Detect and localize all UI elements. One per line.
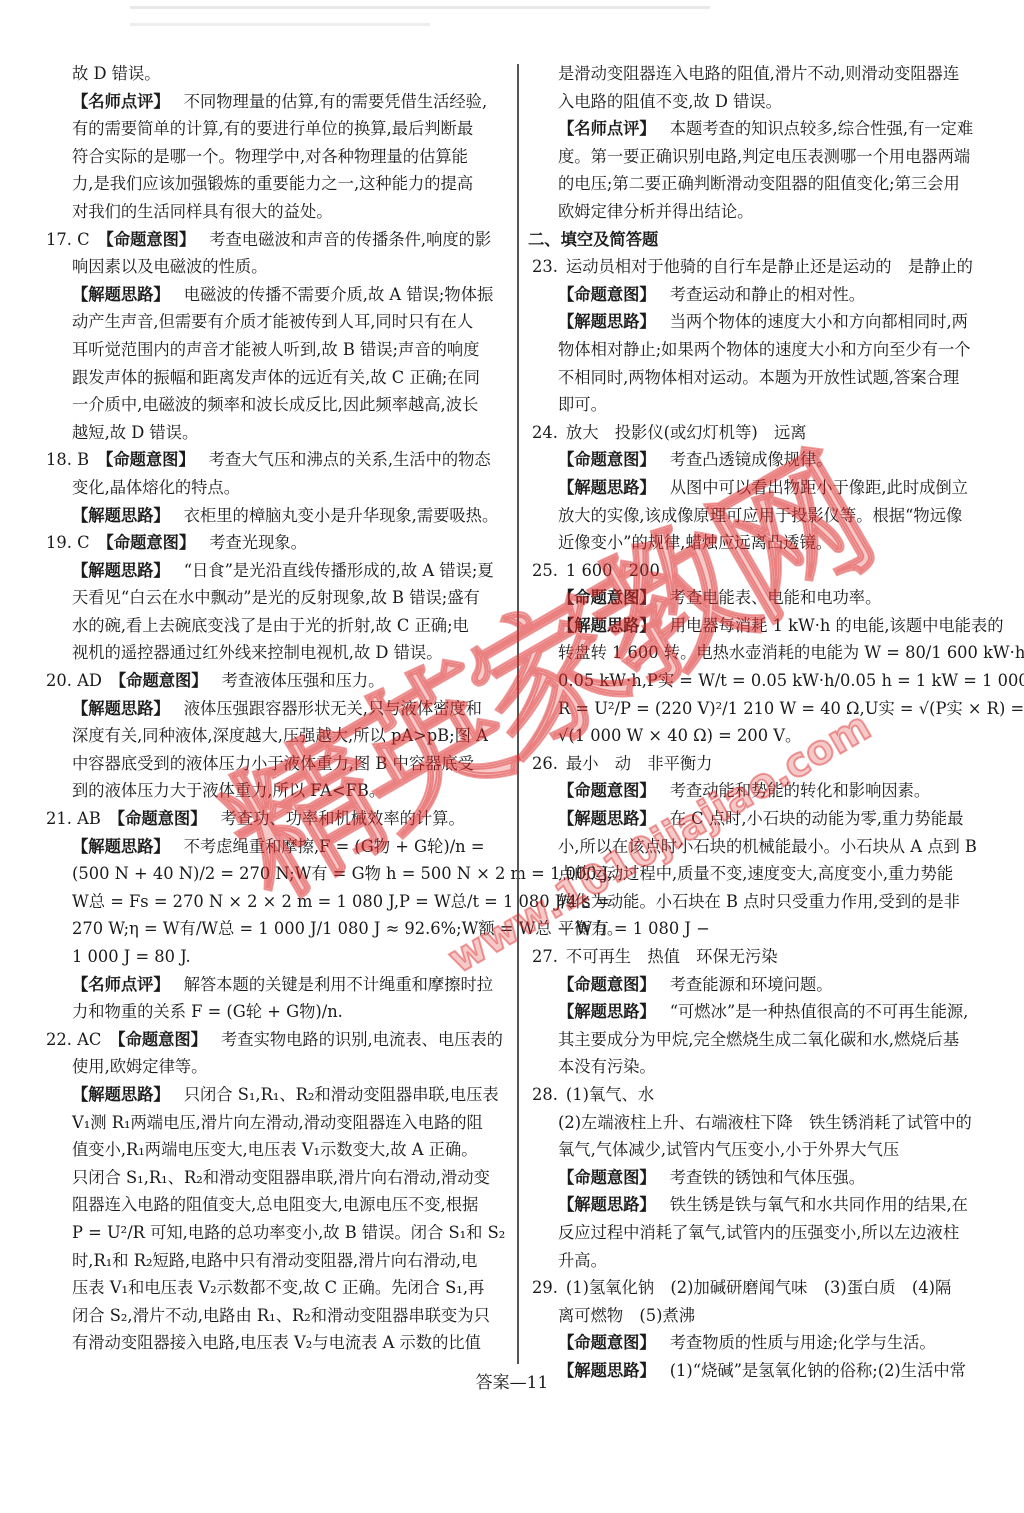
line-text: 一介质中,电磁波的频率和波长成反比,因此频率越高,波长 <box>72 395 478 414</box>
text-line: 对我们的生活同样具有很大的益处。 <box>42 198 512 226</box>
bracket-tag: 【解题思路】 <box>558 312 656 331</box>
text-line: 29.(1)氢氧化钠 (2)加碱研磨闻气味 (3)蛋白质 (4)隔 <box>528 1274 996 1302</box>
text-line: 【命题意图】考查能源和环境问题。 <box>528 971 996 999</box>
line-text: 动产生声音,但需要有介质才能被传到人耳,同时只有在人 <box>72 312 473 331</box>
line-text: 考查光现象。 <box>209 533 307 552</box>
text-line: W总 = Fs = 270 N × 2 × 2 m = 1 080 J,P = … <box>42 888 512 916</box>
line-text: 铁生锈是铁与氧气和水共同作用的结果,在 <box>670 1195 968 1214</box>
line-text: 变化,晶体熔化的特点。 <box>72 478 240 497</box>
text-line: 1 000 J = 80 J. <box>42 943 512 971</box>
line-text: 考查运动和静止的相对性。 <box>670 285 865 304</box>
bracket-tag: 【命题意图】 <box>558 285 656 304</box>
line-text: 升高。 <box>558 1251 607 1270</box>
text-line: 【名师点评】解答本题的关键是利用不计绳重和摩擦时拉 <box>42 971 512 999</box>
text-line: 只闭合 S₁,R₁、R₂和滑动变阻器串联,滑片向右滑动,滑动变 <box>42 1164 512 1192</box>
line-text: 阻器连入电路的阻值变大,总电阻变大,电源电压不变,根据 <box>72 1195 478 1214</box>
text-line: (500 N + 40 N)/2 = 270 N;W有 = G物 h = 500… <box>42 860 512 888</box>
bracket-tag: 【解题思路】 <box>558 1195 656 1214</box>
line-text: 水的碗,看上去碗底变浅了是由于光的折射,故 C 正确;电 <box>72 616 469 635</box>
line-text: V₁测 R₁两端电压,滑片向左滑动,滑动变阻器连入电路的阻 <box>72 1113 483 1132</box>
question-number: 24. <box>532 423 558 442</box>
line-text: 点的运动过程中,质量不变,速度变大,高度变小,重力势能 <box>558 864 953 883</box>
text-line: 【命题意图】考查铁的锈蚀和气体压强。 <box>528 1164 996 1192</box>
line-text: 力和物重的关系 F = (G轮 + G物)/n. <box>72 1002 343 1021</box>
bracket-tag: 【命题意图】 <box>98 230 196 249</box>
line-text: 0.05 kW·h,P实 = W/t = 0.05 kW·h/0.05 h = … <box>558 671 1024 690</box>
line-text: 平衡力。 <box>558 919 623 938</box>
bracket-tag: 【命题意图】 <box>97 450 195 469</box>
text-line: 【解题思路】铁生锈是铁与氧气和水共同作用的结果,在 <box>528 1191 996 1219</box>
text-line: 不相同时,两物体相对运动。本题为开放性试题,答案合理 <box>528 364 996 392</box>
right-column: 是滑动变阻器连入电路的阻值,滑片不动,则滑动变阻器连入电路的阻值不变,故 D 错… <box>528 60 996 1385</box>
text-line: 【命题意图】考查物质的性质与用途;化学与生活。 <box>528 1329 996 1357</box>
bracket-tag: 【解题思路】 <box>558 478 656 497</box>
line-text: 考查电能表、电能和电功率。 <box>670 588 882 607</box>
text-line: 欧姆定律分析并得出结论。 <box>528 198 996 226</box>
column-divider <box>517 64 519 1364</box>
text-line: 其主要成分为甲烷,完全燃烧生成二氧化碳和水,燃烧后基 <box>528 1026 996 1054</box>
text-line: 值变小,R₁两端电压变大,电压表 V₁示数变大,故 A 正确。 <box>42 1136 512 1164</box>
section-heading: 二、填空及简答题 <box>528 226 996 254</box>
text-line: 越短,故 D 错误。 <box>42 419 512 447</box>
text-line: 闭合 S₂,滑片不动,电路由 R₁、R₂和滑动变阻器串联变为只 <box>42 1302 512 1330</box>
line-text: 考查铁的锈蚀和气体压强。 <box>670 1168 865 1187</box>
line-text: 使用,欧姆定律等。 <box>72 1057 207 1076</box>
text-line: 转化为动能。小石块在 B 点时只受重力作用,受到的是非 <box>528 888 996 916</box>
text-line: 水的碗,看上去碗底变浅了是由于光的折射,故 C 正确;电 <box>42 612 512 640</box>
bracket-tag: 【名师点评】 <box>72 92 170 111</box>
text-line: 17. C【命题意图】考查电磁波和声音的传播条件,响度的影 <box>42 226 512 254</box>
line-text: 的电压;第二要正确判断滑动变阻器的阻值变化;第三会用 <box>558 174 960 193</box>
text-line: 响因素以及电磁波的性质。 <box>42 253 512 281</box>
text-line: 【名师点评】不同物理量的估算,有的需要凭借生活经验, <box>42 88 512 116</box>
text-line: 度。第一要正确识别电路,判定电压表测哪一个用电器两端 <box>528 143 996 171</box>
text-line: 270 W;η = W有/W总 = 1 000 J/1 080 J ≈ 92.6… <box>42 915 512 943</box>
line-text: 入电路的阻值不变,故 D 错误。 <box>558 92 782 111</box>
line-text: 电磁波的传播不需要介质,故 A 错误;物体振 <box>184 285 494 304</box>
question-number: 18. B <box>46 450 89 469</box>
text-line: 深度有关,同种液体,深度越大,压强越大,所以 pA>pB;图 A <box>42 722 512 750</box>
line-text: 转化为动能。小石块在 B 点时只受重力作用,受到的是非 <box>558 892 960 911</box>
line-text: 在 C 点时,小石块的动能为零,重力势能最 <box>670 809 964 828</box>
line-text: 越短,故 D 错误。 <box>72 423 198 442</box>
line-text: 故 D 错误。 <box>72 64 161 83</box>
text-line: 近像变小”的规律,蜡烛应远离凸透镜。 <box>528 529 996 557</box>
line-text: 本没有污染。 <box>558 1057 656 1076</box>
line-text: 本题考查的知识点较多,综合性强,有一定难 <box>670 119 973 138</box>
question-number: 20. AD <box>46 671 102 690</box>
text-line: 【解题思路】从图中可以看出物距小于像距,此时成倒立 <box>528 474 996 502</box>
bracket-tag: 【命题意图】 <box>109 1030 207 1049</box>
line-text: 衣柜里的樟脑丸变小是升华现象,需要吸热。 <box>184 506 499 525</box>
line-text: 考查凸透镜成像规律。 <box>670 450 833 469</box>
text-line: 本没有污染。 <box>528 1053 996 1081</box>
line-text: 不可再生 热值 环保无污染 <box>566 947 778 966</box>
text-line: 跟发声体的振幅和距离发声体的远近有关,故 C 正确;在同 <box>42 364 512 392</box>
text-line: 一介质中,电磁波的频率和波长成反比,因此频率越高,波长 <box>42 391 512 419</box>
line-text: “可燃冰”是一种热值很高的不可再生能源, <box>670 1002 969 1021</box>
page-footer: 答案—11 <box>0 1368 1024 1393</box>
line-text: 只闭合 S₁,R₁、R₂和滑动变阻器串联,滑片向右滑动,滑动变 <box>72 1168 490 1187</box>
text-line: 的电压;第二要正确判断滑动变阻器的阻值变化;第三会用 <box>528 170 996 198</box>
line-text: 用电器每消耗 1 kW·h 的电能,该题中电能表的 <box>670 616 1004 635</box>
line-text: 考查能源和环境问题。 <box>670 975 833 994</box>
line-text: 考查动能和势能的转化和影响因素。 <box>670 781 931 800</box>
text-line: 有滑动变阻器接入电路,电压表 V₂与电流表 A 示数的比值 <box>42 1329 512 1357</box>
line-text: 度。第一要正确识别电路,判定电压表测哪一个用电器两端 <box>558 147 970 166</box>
line-text: 响因素以及电磁波的性质。 <box>72 257 267 276</box>
text-line: 力和物重的关系 F = (G轮 + G物)/n. <box>42 998 512 1026</box>
text-line: 变化,晶体熔化的特点。 <box>42 474 512 502</box>
text-line: 有的需要简单的计算,有的要进行单位的换算,最后判断最 <box>42 115 512 143</box>
text-line: 中容器底受到的液体压力小于液体重力,图 B 中容器底受 <box>42 750 512 778</box>
text-line: 【解题思路】“日食”是光沿直线传播形成的,故 A 错误;夏 <box>42 557 512 585</box>
text-line: 视机的遥控器通过红外线来控制电视机,故 D 错误。 <box>42 639 512 667</box>
line-text: 运动员相对于他骑的自行车是静止还是运动的 是静止的 <box>566 257 973 276</box>
text-line: 23.运动员相对于他骑的自行车是静止还是运动的 是静止的 <box>528 253 996 281</box>
bracket-tag: 【解题思路】 <box>72 285 170 304</box>
line-text: 考查实物电路的识别,电流表、电压表的 <box>221 1030 503 1049</box>
line-text: 物体相对静止;如果两个物体的速度大小和方向至少有一个 <box>558 340 971 359</box>
line-text: 考查电磁波和声音的传播条件,响度的影 <box>209 230 491 249</box>
text-line: 27.不可再生 热值 环保无污染 <box>528 943 996 971</box>
text-line: V₁测 R₁两端电压,滑片向左滑动,滑动变阻器连入电路的阻 <box>42 1109 512 1137</box>
question-number: 17. C <box>46 230 90 249</box>
line-text: 对我们的生活同样具有很大的益处。 <box>72 202 333 221</box>
bracket-tag: 【命题意图】 <box>558 975 656 994</box>
line-text: 不同物理量的估算,有的需要凭借生活经验, <box>184 92 487 111</box>
line-text: 中容器底受到的液体压力小于液体重力,图 B 中容器底受 <box>72 754 474 773</box>
line-text: 视机的遥控器通过红外线来控制电视机,故 D 错误。 <box>72 643 443 662</box>
question-number: 27. <box>532 947 558 966</box>
line-text: 1 600 200 <box>566 561 660 580</box>
line-text: 耳听觉范围内的声音才能被人听到,故 B 错误;声音的响度 <box>72 340 479 359</box>
line-text: 当两个物体的速度大小和方向都相同时,两 <box>670 312 968 331</box>
bracket-tag: 【命题意图】 <box>109 809 207 828</box>
line-text: 二、填空及简答题 <box>528 230 658 249</box>
line-text: 是滑动变阻器连入电路的阻值,滑片不动,则滑动变阻器连 <box>558 64 959 83</box>
line-text: 考查功、功率和机械效率的计算。 <box>221 809 465 828</box>
text-line: 氧气,气体减少,试管内气压变小,小于外界大气压 <box>528 1136 996 1164</box>
question-number: 29. <box>532 1278 558 1297</box>
line-text: 只闭合 S₁,R₁、R₂和滑动变阻器串联,电压表 <box>184 1085 499 1104</box>
text-line: 物体相对静止;如果两个物体的速度大小和方向至少有一个 <box>528 336 996 364</box>
line-text: 即可。 <box>558 395 607 414</box>
text-line: 18. B【命题意图】考查大气压和沸点的关系,生活中的物态 <box>42 446 512 474</box>
line-text: 不相同时,两物体相对运动。本题为开放性试题,答案合理 <box>558 368 959 387</box>
text-line: 阻器连入电路的阻值变大,总电阻变大,电源电压不变,根据 <box>42 1191 512 1219</box>
line-text: 时,R₁和 R₂短路,电路中只有滑动变阻器,滑片向右滑动,电 <box>72 1251 477 1270</box>
text-line: 力,是我们应该加强锻炼的重要能力之一,这种能力的提高 <box>42 170 512 198</box>
line-text: “日食”是光沿直线传播形成的,故 A 错误;夏 <box>184 561 494 580</box>
text-line: 0.05 kW·h,P实 = W/t = 0.05 kW·h/0.05 h = … <box>528 667 996 695</box>
line-text: 考查液体压强和压力。 <box>222 671 385 690</box>
text-line: 时,R₁和 R₂短路,电路中只有滑动变阻器,滑片向右滑动,电 <box>42 1247 512 1275</box>
line-text: R = U²/P = (220 V)²/1 210 W = 40 Ω,U实 = … <box>558 699 1024 718</box>
text-line: 放大的实像,该成像原理可应用于投影仪等。根据“物远像 <box>528 502 996 530</box>
text-line: 【解题思路】电磁波的传播不需要介质,故 A 错误;物体振 <box>42 281 512 309</box>
line-text: 氧气,气体减少,试管内气压变小,小于外界大气压 <box>558 1140 899 1159</box>
line-text: (2)左端液柱上升、右端液柱下降 铁生锈消耗了试管中的 <box>558 1113 972 1132</box>
text-line: 22. AC【命题意图】考查实物电路的识别,电流表、电压表的 <box>42 1026 512 1054</box>
bracket-tag: 【命题意图】 <box>558 1168 656 1187</box>
bracket-tag: 【命题意图】 <box>558 450 656 469</box>
bracket-tag: 【命题意图】 <box>558 1333 656 1352</box>
line-text: 1 000 J = 80 J. <box>72 947 191 966</box>
line-text: 不考虑绳重和摩擦,F = (G物 + G轮)/n = <box>184 837 485 856</box>
line-text: √(1 000 W × 40 Ω) = 200 V。 <box>558 726 801 745</box>
text-line: 【名师点评】本题考查的知识点较多,综合性强,有一定难 <box>528 115 996 143</box>
question-number: 28. <box>532 1085 558 1104</box>
question-number: 19. C <box>46 533 90 552</box>
line-text: 最小 动 非平衡力 <box>566 754 713 773</box>
text-line: 25.1 600 200 <box>528 557 996 585</box>
bracket-tag: 【名师点评】 <box>72 975 170 994</box>
bracket-tag: 【解题思路】 <box>72 506 170 525</box>
text-line: 26.最小 动 非平衡力 <box>528 750 996 778</box>
text-line: 转盘转 1 600 转。电热水壶消耗的电能为 W = 80/1 600 kW·h… <box>528 639 996 667</box>
line-text: 闭合 S₂,滑片不动,电路由 R₁、R₂和滑动变阻器串联变为只 <box>72 1306 490 1325</box>
line-text: 有滑动变阻器接入电路,电压表 V₂与电流表 A 示数的比值 <box>72 1333 481 1352</box>
left-column: 故 D 错误。【名师点评】不同物理量的估算,有的需要凭借生活经验,有的需要简单的… <box>42 60 512 1357</box>
line-text: 液体压强跟容器形状无关,只与液体密度和 <box>184 699 482 718</box>
text-line: 使用,欧姆定律等。 <box>42 1053 512 1081</box>
line-text: 值变小,R₁两端电压变大,电压表 V₁示数变大,故 A 正确。 <box>72 1140 478 1159</box>
bracket-tag: 【命题意图】 <box>558 781 656 800</box>
text-line: P = U²/R 可知,电路的总功率变小,故 B 错误。闭合 S₁和 S₂ <box>42 1219 512 1247</box>
text-line: 【命题意图】考查运动和静止的相对性。 <box>528 281 996 309</box>
text-line: 耳听觉范围内的声音才能被人听到,故 B 错误;声音的响度 <box>42 336 512 364</box>
bracket-tag: 【解题思路】 <box>72 837 170 856</box>
text-line: 到的液体压力大于液体重力,所以 FA<FB。 <box>42 777 512 805</box>
text-line: 【解题思路】不考虑绳重和摩擦,F = (G物 + G轮)/n = <box>42 833 512 861</box>
question-number: 23. <box>532 257 558 276</box>
text-line: 即可。 <box>528 391 996 419</box>
text-line: 21. AB【命题意图】考查功、功率和机械效率的计算。 <box>42 805 512 833</box>
line-text: 放大 投影仪(或幻灯机等) 远离 <box>566 423 807 442</box>
line-text: 符合实际的是哪一个。物理学中,对各种物理量的估算能 <box>72 147 468 166</box>
line-text: 跟发声体的振幅和距离发声体的远近有关,故 C 正确;在同 <box>72 368 480 387</box>
line-text: 深度有关,同种液体,深度越大,压强越大,所以 pA>pB;图 A <box>72 726 488 745</box>
text-line: 动产生声音,但需要有介质才能被传到人耳,同时只有在人 <box>42 308 512 336</box>
text-line: 小,所以在该点时小石块的机械能最小。小石块从 A 点到 B <box>528 833 996 861</box>
question-number: 25. <box>532 561 558 580</box>
text-line: 【解题思路】液体压强跟容器形状无关,只与液体密度和 <box>42 695 512 723</box>
bracket-tag: 【解题思路】 <box>72 561 170 580</box>
text-line: R = U²/P = (220 V)²/1 210 W = 40 Ω,U实 = … <box>528 695 996 723</box>
text-line: 【解题思路】“可燃冰”是一种热值很高的不可再生能源, <box>528 998 996 1026</box>
line-text: 考查大气压和沸点的关系,生活中的物态 <box>209 450 491 469</box>
line-text: 有的需要简单的计算,有的要进行单位的换算,最后判断最 <box>72 119 473 138</box>
bracket-tag: 【解题思路】 <box>558 616 656 635</box>
question-number: 22. AC <box>46 1030 101 1049</box>
line-text: (1)氧气、水 <box>566 1085 654 1104</box>
text-line: 28.(1)氧气、水 <box>528 1081 996 1109</box>
text-line: 【命题意图】考查凸透镜成像规律。 <box>528 446 996 474</box>
bracket-tag: 【解题思路】 <box>72 699 170 718</box>
line-text: 离可燃物 (5)煮沸 <box>558 1306 695 1325</box>
bracket-tag: 【解题思路】 <box>558 1002 656 1021</box>
bracket-tag: 【解题思路】 <box>72 1085 170 1104</box>
text-line: 升高。 <box>528 1247 996 1275</box>
line-text: 小,所以在该点时小石块的机械能最小。小石块从 A 点到 B <box>558 837 977 856</box>
text-line: 反应过程中消耗了氧气,试管内的压强变小,所以左边液柱 <box>528 1219 996 1247</box>
line-text: 考查物质的性质与用途;化学与生活。 <box>670 1333 936 1352</box>
text-line: √(1 000 W × 40 Ω) = 200 V。 <box>528 722 996 750</box>
text-line: 符合实际的是哪一个。物理学中,对各种物理量的估算能 <box>42 143 512 171</box>
line-text: 转盘转 1 600 转。电热水壶消耗的电能为 W = 80/1 600 kW·h… <box>558 643 1024 662</box>
bracket-tag: 【命题意图】 <box>110 671 208 690</box>
text-line: 【命题意图】考查电能表、电能和电功率。 <box>528 584 996 612</box>
text-line: 【解题思路】只闭合 S₁,R₁、R₂和滑动变阻器串联,电压表 <box>42 1081 512 1109</box>
line-text: 近像变小”的规律,蜡烛应远离凸透镜。 <box>558 533 832 552</box>
text-line: 【解题思路】在 C 点时,小石块的动能为零,重力势能最 <box>528 805 996 833</box>
text-line: 24.放大 投影仪(或幻灯机等) 远离 <box>528 419 996 447</box>
text-line: 入电路的阻值不变,故 D 错误。 <box>528 88 996 116</box>
text-line: 天看见“白云在水中飘动”是光的反射现象,故 B 错误;盛有 <box>42 584 512 612</box>
line-text: 天看见“白云在水中飘动”是光的反射现象,故 B 错误;盛有 <box>72 588 480 607</box>
question-number: 26. <box>532 754 558 773</box>
line-text: 放大的实像,该成像原理可应用于投影仪等。根据“物远像 <box>558 506 962 525</box>
text-line: 20. AD【命题意图】考查液体压强和压力。 <box>42 667 512 695</box>
bracket-tag: 【名师点评】 <box>558 119 656 138</box>
line-text: 到的液体压力大于液体重力,所以 FA<FB。 <box>72 781 385 800</box>
text-line: (2)左端液柱上升、右端液柱下降 铁生锈消耗了试管中的 <box>528 1109 996 1137</box>
text-line: 【解题思路】用电器每消耗 1 kW·h 的电能,该题中电能表的 <box>528 612 996 640</box>
text-line: 【解题思路】当两个物体的速度大小和方向都相同时,两 <box>528 308 996 336</box>
line-text: 反应过程中消耗了氧气,试管内的压强变小,所以左边液柱 <box>558 1223 959 1242</box>
text-line: 【命题意图】考查动能和势能的转化和影响因素。 <box>528 777 996 805</box>
text-line: 点的运动过程中,质量不变,速度变大,高度变小,重力势能 <box>528 860 996 888</box>
text-line: 平衡力。 <box>528 915 996 943</box>
faded-page-header <box>120 0 720 40</box>
bracket-tag: 【命题意图】 <box>98 533 196 552</box>
line-text: 其主要成分为甲烷,完全燃烧生成二氧化碳和水,燃烧后基 <box>558 1030 959 1049</box>
question-number: 21. AB <box>46 809 101 828</box>
line-text: 解答本题的关键是利用不计绳重和摩擦时拉 <box>184 975 493 994</box>
line-text: (1)氢氧化钠 (2)加碱研磨闻气味 (3)蛋白质 (4)隔 <box>566 1278 951 1297</box>
text-line: 【解题思路】衣柜里的樟脑丸变小是升华现象,需要吸热。 <box>42 502 512 530</box>
text-line: 压表 V₁和电压表 V₂示数都不变,故 C 正确。先闭合 S₁,再 <box>42 1274 512 1302</box>
text-line: 是滑动变阻器连入电路的阻值,滑片不动,则滑动变阻器连 <box>528 60 996 88</box>
line-text: 从图中可以看出物距小于像距,此时成倒立 <box>670 478 968 497</box>
bracket-tag: 【解题思路】 <box>558 809 656 828</box>
line-text: 力,是我们应该加强锻炼的重要能力之一,这种能力的提高 <box>72 174 473 193</box>
line-text: P = U²/R 可知,电路的总功率变小,故 B 错误。闭合 S₁和 S₂ <box>72 1223 505 1242</box>
text-line: 19. C【命题意图】考查光现象。 <box>42 529 512 557</box>
bracket-tag: 【命题意图】 <box>558 588 656 607</box>
line-text: 欧姆定律分析并得出结论。 <box>558 202 753 221</box>
line-text: 压表 V₁和电压表 V₂示数都不变,故 C 正确。先闭合 S₁,再 <box>72 1278 484 1297</box>
text-line: 故 D 错误。 <box>42 60 512 88</box>
text-line: 离可燃物 (5)煮沸 <box>528 1302 996 1330</box>
